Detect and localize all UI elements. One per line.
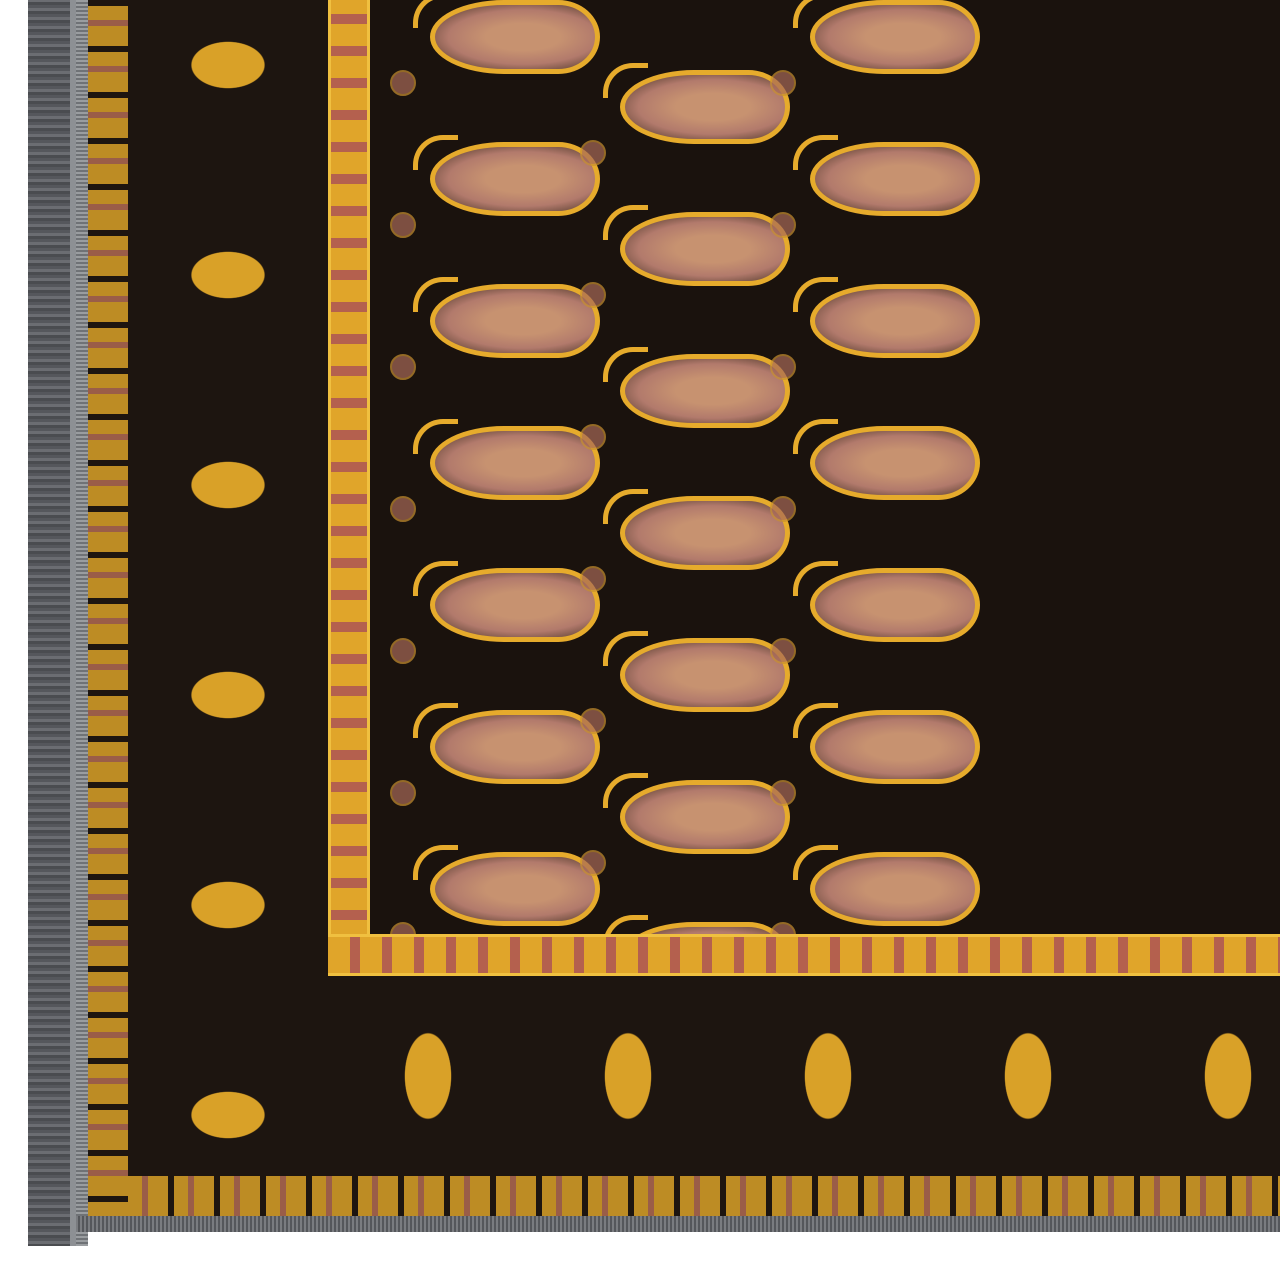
boteh-motif [620,70,790,144]
rug [28,0,1280,1246]
boteh-motif [430,0,600,74]
boteh-motif [810,426,980,500]
boteh-motif [810,710,980,784]
boteh-motif [620,212,790,286]
boteh-motif [810,0,980,74]
floral-vine [390,780,416,806]
floral-vine [580,566,606,592]
boteh-motif [430,142,600,216]
floral-vine [390,354,416,380]
floral-vine [390,212,416,238]
floral-vine [770,780,796,806]
boteh-motif [810,852,980,926]
boteh-motif [620,496,790,570]
floral-vine [770,638,796,664]
boteh-motif [620,922,790,934]
floral-vine [390,496,416,522]
main-border-left [128,0,328,1176]
boteh-motif [430,426,600,500]
floral-vine [390,638,416,664]
bottom-selvedge [76,1216,1280,1232]
floral-vine [770,212,796,238]
floral-vine [580,282,606,308]
floral-vine [770,70,796,96]
floral-vine [390,922,416,934]
selvedge [76,0,88,1246]
outer-guard-border-bottom [128,1176,1280,1216]
boteh-motif [430,710,600,784]
floral-vine [580,850,606,876]
boteh-motif [810,568,980,642]
boteh-motif [810,142,980,216]
boteh-motif [620,780,790,854]
floral-vine [580,708,606,734]
floral-vine [770,922,796,934]
boteh-motif [620,638,790,712]
boteh-motif [810,284,980,358]
floral-vine [390,70,416,96]
floral-vine [770,354,796,380]
inner-guard-border-left [328,0,370,976]
boteh-motif [430,568,600,642]
paisley-field [370,0,1280,934]
inner-guard-border-bottom [328,934,1280,976]
rug-body [88,0,1280,1216]
outer-guard-border-left [88,0,128,1216]
side-fringe [28,0,76,1246]
floral-vine [770,496,796,522]
floral-vine [580,424,606,450]
boteh-motif [620,354,790,428]
boteh-motif [430,284,600,358]
main-border-bottom [328,976,1280,1176]
floral-vine [580,140,606,166]
boteh-motif [430,852,600,926]
